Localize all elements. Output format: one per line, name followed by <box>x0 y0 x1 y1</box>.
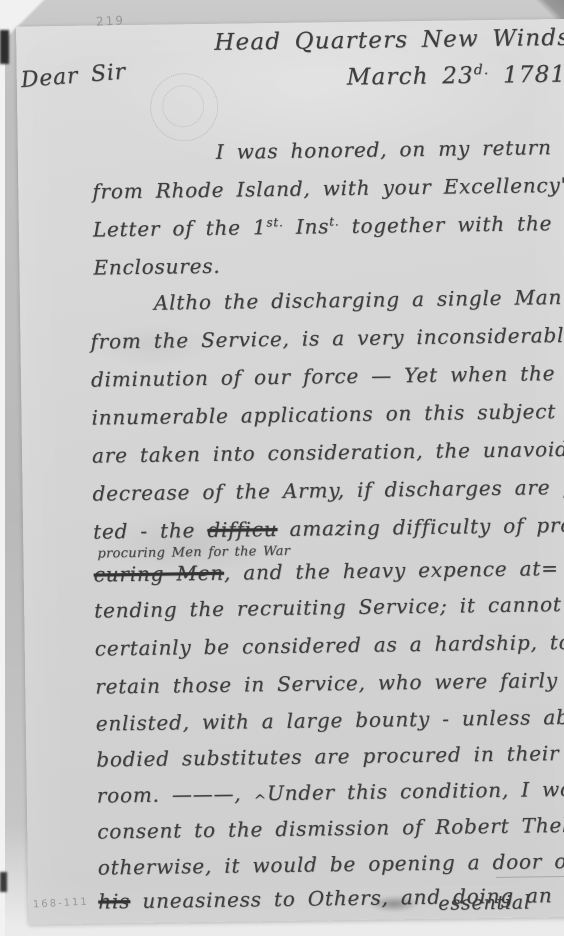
ink-smudge <box>368 895 420 913</box>
handwritten-line: from Rhode Island, with your Excellency'… <box>92 173 564 204</box>
handwritten-line: I was honored, on my return <box>216 135 552 164</box>
handwritten-line: diminution of our force — Yet when the <box>91 361 556 391</box>
handwritten-line: curing Men, and the heavy expence at= <box>94 556 559 586</box>
handwritten-line: consent to the dismission of Robert Thel… <box>97 813 564 844</box>
pencil-page-number: 219 <box>96 13 126 28</box>
handwritten-line: retain those in Service, who were fairly <box>95 668 558 698</box>
letter-scan: Head Quarters New WindsorMarch 23d. 1781… <box>0 0 564 936</box>
letter-page: Head Quarters New WindsorMarch 23d. 1781… <box>16 19 564 925</box>
handwritten-line: room. ———, ^Under this condition, I woul… <box>97 776 564 811</box>
handwritten-line: tending the recruiting Service; it canno… <box>94 592 562 623</box>
scan-left-edge <box>0 0 5 936</box>
handwritten-line: otherwise, it would be opening a door of <box>98 849 564 880</box>
handwritten-line: decrease of the Army, if discharges are … <box>92 474 564 505</box>
handwritten-line: certainly be considered as a hardship, t… <box>95 630 564 661</box>
library-stamp-icon <box>150 73 219 142</box>
handwritten-line: Dear Sir <box>20 59 127 93</box>
handwritten-line: essential <box>438 891 531 914</box>
edge-ink-blot <box>0 872 7 892</box>
handwritten-line: procuring Men for the War <box>97 544 290 562</box>
handwritten-line: are taken into consideration, the unavoi… <box>92 436 564 467</box>
handwritten-line: enlisted, with a large bounty - unless a… <box>96 705 564 736</box>
edge-ink-blot <box>0 30 9 64</box>
handwritten-line: Altho the discharging a single Man <box>154 285 563 315</box>
handwritten-line: March 23d. 1781 <box>347 61 564 91</box>
handwritten-line: innumerable applications on this subject <box>91 399 556 429</box>
handwritten-line: Head Quarters New Windsor <box>214 24 564 55</box>
handwritten-line: ted - the difficu amazing difficulty of … <box>93 513 564 544</box>
handwritten-line: from the Service, is a very inconsiderab… <box>90 323 564 354</box>
paper-crease-line <box>496 876 564 878</box>
handwritten-line: bodied substitutes are procured in their <box>96 741 559 771</box>
handwritten-line: Letter of the 1st. Inst. together with t… <box>93 211 553 241</box>
handwritten-line: Enclosures. <box>93 254 220 280</box>
